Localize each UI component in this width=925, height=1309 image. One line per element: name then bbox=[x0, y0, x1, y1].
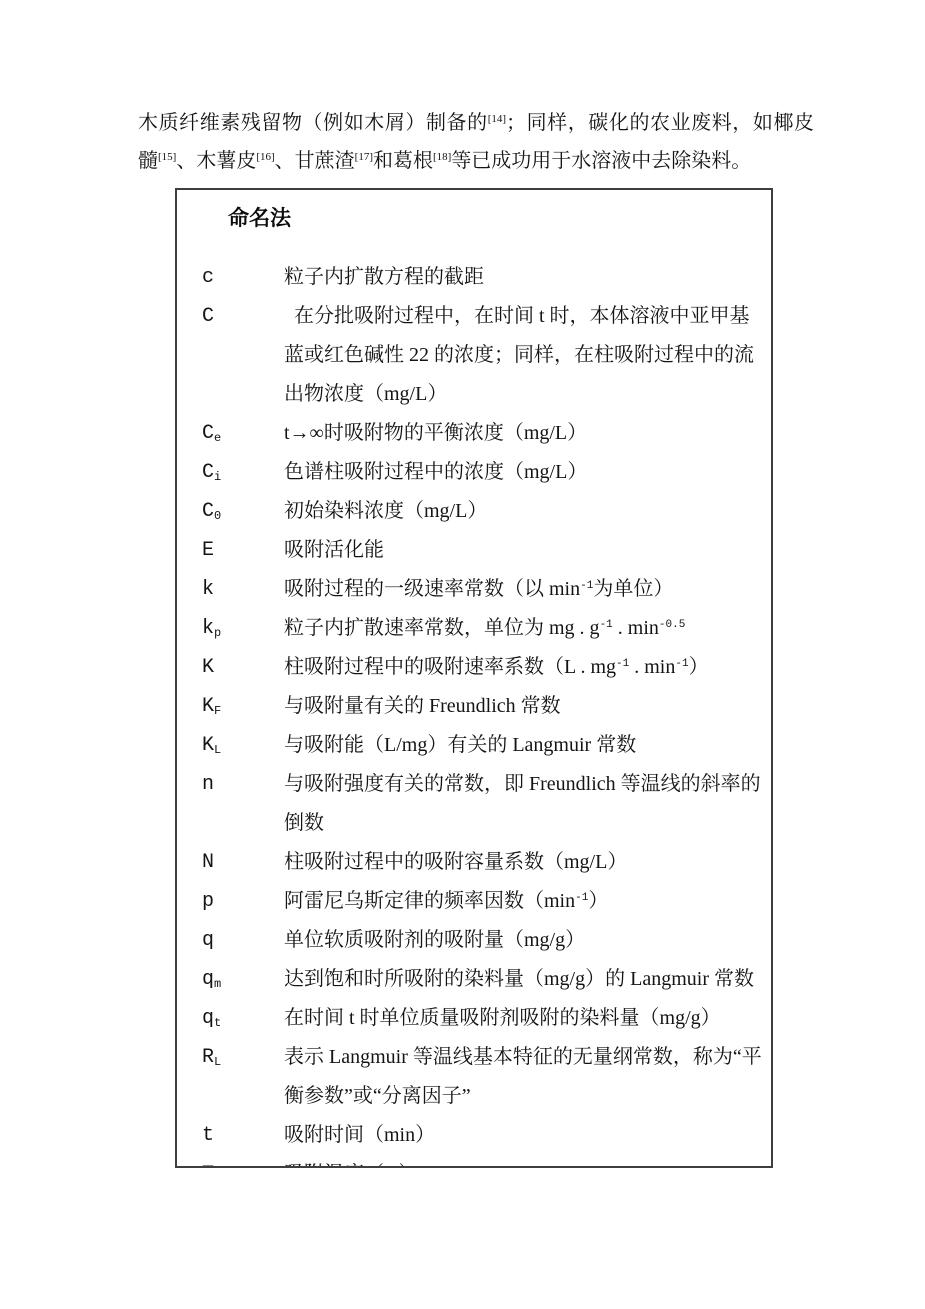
nomenclature-entry: C 在分批吸附过程中，在时间 t 时，本体溶液中亚甲基蓝或红色碱性 22 的浓度… bbox=[177, 297, 771, 414]
symbol-label: C bbox=[202, 297, 284, 336]
symbol-description: 粒子内扩散速率常数，单位为 mg . g-1 . min-0.5 bbox=[284, 609, 762, 648]
nomenclature-entry: T 吸附温度（K） bbox=[177, 1155, 771, 1168]
nomenclature-entry: t 吸附时间（min） bbox=[177, 1116, 771, 1155]
nomenclature-entry: k 吸附过程的一级速率常数（以 min-1为单位） bbox=[177, 570, 771, 609]
nomenclature-entry: qm 达到饱和时所吸附的染料量（mg/g）的 Langmuir 常数 bbox=[177, 960, 771, 999]
symbol-description: 在时间 t 时单位质量吸附剂吸附的染料量（mg/g） bbox=[284, 999, 762, 1038]
nomenclature-entry: N 柱吸附过程中的吸附容量系数（mg/L） bbox=[177, 843, 771, 882]
symbol-description: 吸附温度（K） bbox=[284, 1155, 762, 1168]
nomenclature-entry: kp 粒子内扩散速率常数，单位为 mg . g-1 . min-0.5 bbox=[177, 609, 771, 648]
symbol-label: k bbox=[202, 570, 284, 609]
symbol-description: 达到饱和时所吸附的染料量（mg/g）的 Langmuir 常数 bbox=[284, 960, 762, 999]
symbol-label: p bbox=[202, 882, 284, 921]
symbol-label: E bbox=[202, 531, 284, 570]
symbol-label: t bbox=[202, 1116, 284, 1155]
nomenclature-list: c 粒子内扩散方程的截距 C 在分批吸附过程中，在时间 t 时，本体溶液中亚甲基… bbox=[177, 258, 771, 1168]
nomenclature-entry: E 吸附活化能 bbox=[177, 531, 771, 570]
symbol-description: t→∞时吸附物的平衡浓度（mg/L） bbox=[284, 414, 762, 453]
symbol-description: 阿雷尼乌斯定律的频率因数（min-1） bbox=[284, 882, 762, 921]
nomenclature-entry: RL 表示 Langmuir 等温线基本特征的无量纲常数，称为“平衡参数”或“分… bbox=[177, 1038, 771, 1116]
nomenclature-entry: Ci 色谱柱吸附过程中的浓度（mg/L） bbox=[177, 453, 771, 492]
symbol-label: q bbox=[202, 921, 284, 960]
nomenclature-entry: q 单位软质吸附剂的吸附量（mg/g） bbox=[177, 921, 771, 960]
symbol-label: Ci bbox=[202, 453, 284, 492]
symbol-label: c bbox=[202, 258, 284, 297]
symbol-label: N bbox=[202, 843, 284, 882]
symbol-label: n bbox=[202, 765, 284, 804]
symbol-description: 初始染料浓度（mg/L） bbox=[284, 492, 762, 531]
nomenclature-entry: KL 与吸附能（L/mg）有关的 Langmuir 常数 bbox=[177, 726, 771, 765]
nomenclature-entry: qt 在时间 t 时单位质量吸附剂吸附的染料量（mg/g） bbox=[177, 999, 771, 1038]
symbol-label: K bbox=[202, 648, 284, 687]
symbol-description: 单位软质吸附剂的吸附量（mg/g） bbox=[284, 921, 762, 960]
symbol-description: 在分批吸附过程中，在时间 t 时，本体溶液中亚甲基蓝或红色碱性 22 的浓度；同… bbox=[284, 297, 762, 414]
symbol-label: RL bbox=[202, 1038, 284, 1077]
nomenclature-entry: n 与吸附强度有关的常数，即 Freundlich 等温线的斜率的倒数 bbox=[177, 765, 771, 843]
symbol-label: qt bbox=[202, 999, 284, 1038]
symbol-label: KF bbox=[202, 687, 284, 726]
nomenclature-entry: Ce t→∞时吸附物的平衡浓度（mg/L） bbox=[177, 414, 771, 453]
symbol-label: KL bbox=[202, 726, 284, 765]
symbol-description: 与吸附量有关的 Freundlich 常数 bbox=[284, 687, 762, 726]
symbol-description: 色谱柱吸附过程中的浓度（mg/L） bbox=[284, 453, 762, 492]
symbol-description: 柱吸附过程中的吸附容量系数（mg/L） bbox=[284, 843, 762, 882]
intro-paragraph: 木质纤维素残留物（例如木屑）制备的[14]；同样，碳化的农业废料，如椰皮髓[15… bbox=[138, 104, 814, 180]
nomenclature-entry: KF 与吸附量有关的 Freundlich 常数 bbox=[177, 687, 771, 726]
symbol-description: 与吸附能（L/mg）有关的 Langmuir 常数 bbox=[284, 726, 762, 765]
symbol-description: 吸附时间（min） bbox=[284, 1116, 762, 1155]
symbol-description: 与吸附强度有关的常数，即 Freundlich 等温线的斜率的倒数 bbox=[284, 765, 762, 843]
nomenclature-entry: c 粒子内扩散方程的截距 bbox=[177, 258, 771, 297]
symbol-description: 粒子内扩散方程的截距 bbox=[284, 258, 762, 297]
symbol-description: 吸附活化能 bbox=[284, 531, 762, 570]
nomenclature-entry: C0 初始染料浓度（mg/L） bbox=[177, 492, 771, 531]
nomenclature-entry: p 阿雷尼乌斯定律的频率因数（min-1） bbox=[177, 882, 771, 921]
symbol-description: 吸附过程的一级速率常数（以 min-1为单位） bbox=[284, 570, 762, 609]
symbol-description: 柱吸附过程中的吸附速率系数（L . mg-1 . min-1） bbox=[284, 648, 762, 687]
nomenclature-title: 命名法 bbox=[228, 204, 771, 233]
nomenclature-box: 命名法 c 粒子内扩散方程的截距 C 在分批吸附过程中，在时间 t 时，本体溶液… bbox=[175, 188, 773, 1168]
symbol-label: qm bbox=[202, 960, 284, 999]
nomenclature-entry: K 柱吸附过程中的吸附速率系数（L . mg-1 . min-1） bbox=[177, 648, 771, 687]
symbol-label: T bbox=[202, 1155, 284, 1168]
symbol-description: 表示 Langmuir 等温线基本特征的无量纲常数，称为“平衡参数”或“分离因子… bbox=[284, 1038, 762, 1116]
symbol-label: C0 bbox=[202, 492, 284, 531]
symbol-label: Ce bbox=[202, 414, 284, 453]
symbol-label: kp bbox=[202, 609, 284, 648]
